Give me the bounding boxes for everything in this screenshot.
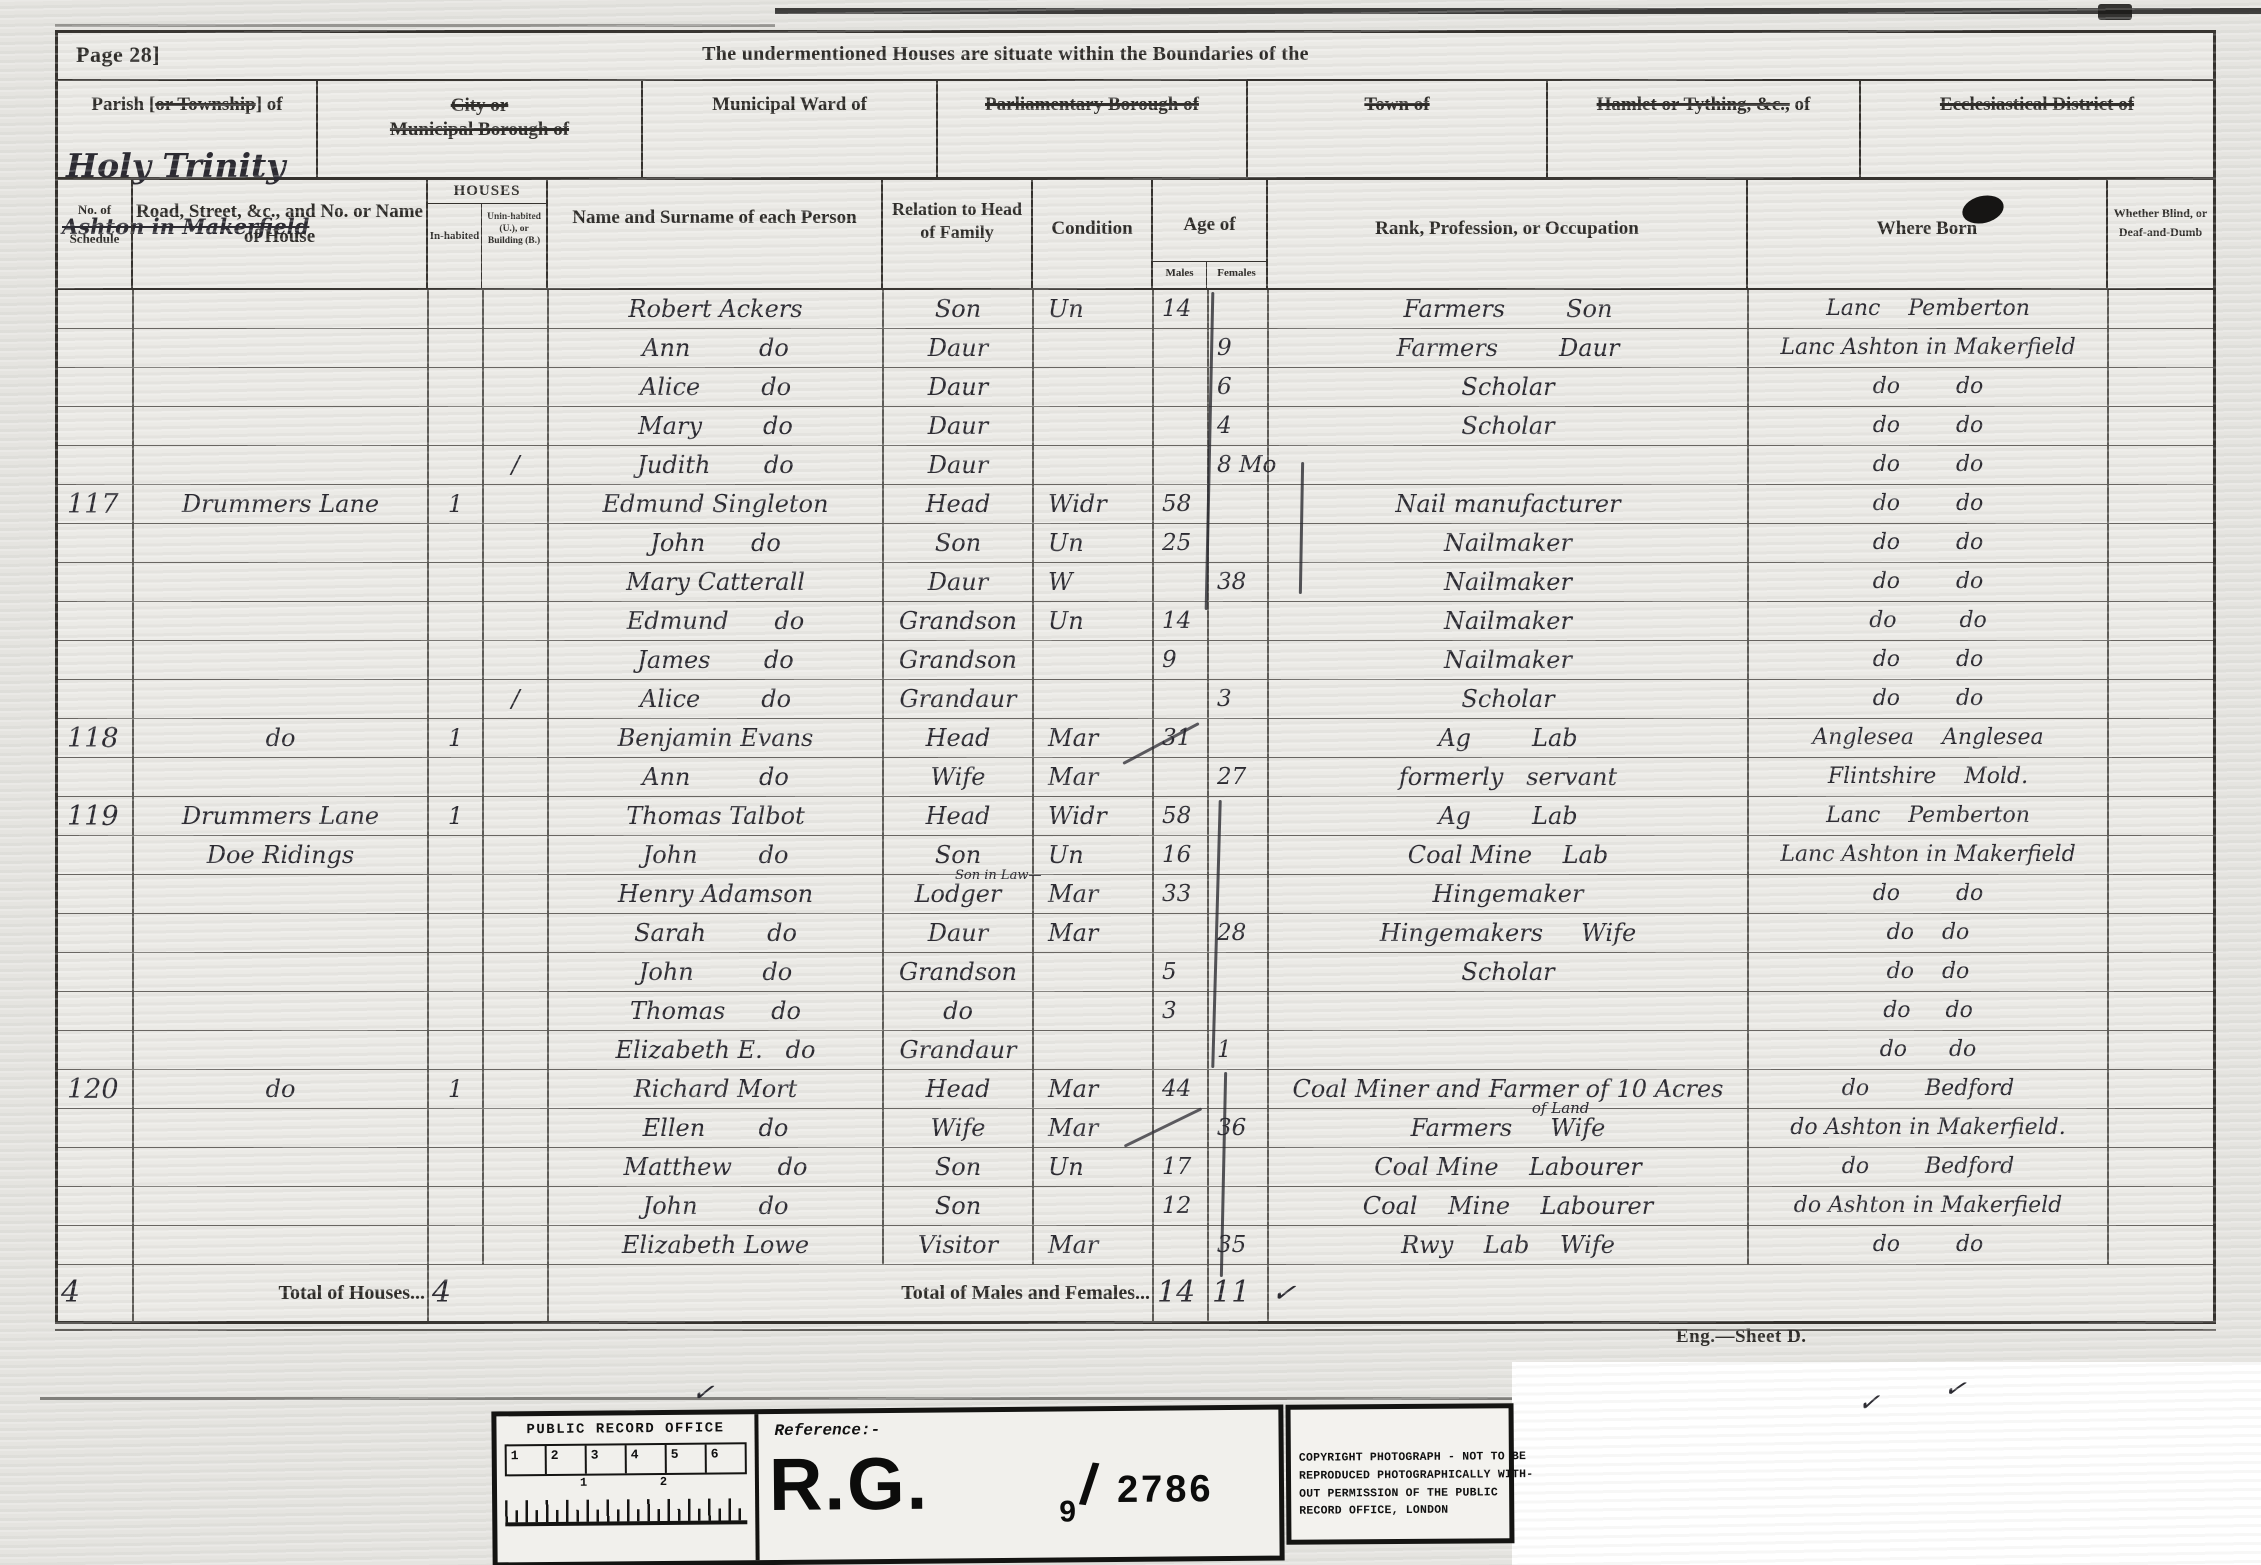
cell-inhabited <box>428 758 483 797</box>
boundary-header-row: Parish [or Township] of Holy Trinity Ash… <box>58 81 2213 180</box>
cell-blind-deaf <box>2108 992 2213 1031</box>
cell-uninhabited <box>483 875 548 914</box>
cell-uninhabited <box>483 1226 548 1265</box>
cell-age-male <box>1153 1031 1208 1070</box>
cell-schedule <box>58 1187 133 1226</box>
cell-age-male: 58 <box>1153 797 1208 836</box>
cell-road: Doe Ridings <box>133 836 428 875</box>
cell-inhabited <box>428 953 483 992</box>
cell-where-born: do do <box>1748 368 2108 407</box>
cell-occupation: Coal Mine Labourer <box>1268 1148 1748 1187</box>
cell-where-born: Anglesea Anglesea <box>1748 719 2108 758</box>
cell-age-female <box>1208 290 1268 329</box>
cell-road <box>133 329 428 368</box>
photo-crop-area <box>1660 1408 2261 1565</box>
cell-where-born: do do <box>1748 485 2108 524</box>
cell-name: John do <box>548 836 883 875</box>
cell-age-female <box>1208 524 1268 563</box>
table-row: 119Drummers Lane1Thomas TalbotHeadWidr58… <box>58 797 2213 836</box>
cell-blind-deaf <box>2108 407 2213 446</box>
cell-condition <box>1033 641 1153 680</box>
table-row: Robert AckersSonUn14Farmers SonLanc Pemb… <box>58 290 2213 329</box>
cell-inhabited <box>428 1148 483 1187</box>
cell-road: Drummers Lane <box>133 797 428 836</box>
cell-occupation: Nailmaker <box>1268 641 1748 680</box>
cell-relation: Daur <box>883 329 1033 368</box>
cell-where-born: Flintshire Mold. <box>1748 758 2108 797</box>
cell-uninhabited <box>483 836 548 875</box>
form-title: The undermentioned Houses are situate wi… <box>58 43 1953 66</box>
cell-relation: Son <box>883 290 1033 329</box>
cell-uninhabited <box>483 1109 548 1148</box>
col-header-uninhabited: Unin-habited (U.), or Building (B.) <box>482 204 546 288</box>
totals-houses-value: 4 <box>428 1265 548 1322</box>
cell-road <box>133 875 428 914</box>
table-row: Mary CatterallDaurW38Nailmakerdo do <box>58 563 2213 602</box>
cell-age-female: 36 <box>1208 1109 1268 1148</box>
cell-blind-deaf <box>2108 953 2213 992</box>
cell-age-male: 44 <box>1153 1070 1208 1109</box>
cell-schedule: 119 <box>58 797 133 836</box>
table-row: Ann doDaur9Farmers DaurLanc Ashton in Ma… <box>58 329 2213 368</box>
cell-relation: Wife <box>883 758 1033 797</box>
cell-uninhabited <box>483 1148 548 1187</box>
cell-occupation: Scholar <box>1268 953 1748 992</box>
cell-name: Richard Mort <box>548 1070 883 1109</box>
boundary-hamlet: Hamlet or Tything, &c., of <box>1548 81 1861 177</box>
cell-age-male: 17 <box>1153 1148 1208 1187</box>
cell-schedule <box>58 1109 133 1148</box>
cell-where-born: do do <box>1748 602 2108 641</box>
ruler-scale: 1 2 3 4 5 6 <box>505 1442 747 1476</box>
cell-relation: Grandson <box>883 641 1033 680</box>
cell-occupation <box>1268 446 1748 485</box>
cell-uninhabited <box>483 953 548 992</box>
cell-age-male <box>1153 329 1208 368</box>
cell-age-male: 16 <box>1153 836 1208 875</box>
scan-edge <box>775 8 2261 14</box>
cell-age-male: 9 <box>1153 641 1208 680</box>
cell-road <box>133 1148 428 1187</box>
totals-males-females-label: Total of Males and Females... <box>548 1265 1153 1322</box>
totals-females-value: 11 <box>1208 1265 1268 1322</box>
cell-name: Ann do <box>548 329 883 368</box>
cell-inhabited <box>428 1226 483 1265</box>
cell-occupation: Ag Lab <box>1268 719 1748 758</box>
cell-occupation: Nailmaker <box>1268 524 1748 563</box>
cell-road <box>133 368 428 407</box>
cell-road <box>133 641 428 680</box>
cell-road <box>133 953 428 992</box>
cell-blind-deaf <box>2108 758 2213 797</box>
cell-uninhabited <box>483 719 548 758</box>
cell-uninhabited <box>483 602 548 641</box>
cell-where-born: do do <box>1748 1031 2108 1070</box>
table-row: /Alice doGrandaur3Scholardo do <box>58 680 2213 719</box>
cell-road <box>133 446 428 485</box>
cell-road <box>133 290 428 329</box>
cell-road <box>133 407 428 446</box>
cell-condition <box>1033 992 1153 1031</box>
cell-schedule <box>58 563 133 602</box>
cell-road <box>133 1187 428 1226</box>
cell-name: Alice do <box>548 680 883 719</box>
table-row: Sarah doDaurMar28Hingemakers Wifedo do <box>58 914 2213 953</box>
cell-occupation: Farmers Wife <box>1268 1109 1748 1148</box>
cell-where-born: Lanc Ashton in Makerfield <box>1748 836 2108 875</box>
cell-occupation: Nailmaker <box>1268 602 1748 641</box>
cell-condition: Mar <box>1033 1226 1153 1265</box>
col-header-blind-deaf: Whether Blind, or Deaf-and-Dumb <box>2108 180 2213 288</box>
cell-uninhabited <box>483 914 548 953</box>
cell-name: Judith do <box>548 446 883 485</box>
cell-blind-deaf <box>2108 1226 2213 1265</box>
cell-relation: Daur <box>883 446 1033 485</box>
cell-condition <box>1033 953 1153 992</box>
cell-inhabited <box>428 1109 483 1148</box>
cell-schedule <box>58 758 133 797</box>
cell-blind-deaf <box>2108 563 2213 602</box>
cell-uninhabited <box>483 407 548 446</box>
totals-males-value: 14 <box>1153 1265 1208 1322</box>
cell-road: do <box>133 1070 428 1109</box>
cell-age-female: 38 <box>1208 563 1268 602</box>
cell-age-male <box>1153 563 1208 602</box>
cell-blind-deaf <box>2108 446 2213 485</box>
cell-name: Elizabeth Lowe <box>548 1226 883 1265</box>
cell-inhabited <box>428 875 483 914</box>
cell-schedule <box>58 914 133 953</box>
cell-relation: Daur <box>883 914 1033 953</box>
cell-where-born: do do <box>1748 1226 2108 1265</box>
cell-inhabited <box>428 524 483 563</box>
cell-where-born: do Bedford <box>1748 1148 2108 1187</box>
cell-road <box>133 524 428 563</box>
cell-occupation <box>1268 992 1748 1031</box>
table-row: Edmund doGrandsonUn14Nailmakerdo do <box>58 602 2213 641</box>
cell-where-born: Lanc Ashton in Makerfield <box>1748 329 2108 368</box>
cell-schedule <box>58 524 133 563</box>
cell-occupation: Scholar <box>1268 368 1748 407</box>
cell-where-born: do do <box>1748 563 2108 602</box>
cell-road <box>133 563 428 602</box>
cell-schedule <box>58 602 133 641</box>
cell-uninhabited <box>483 1187 548 1226</box>
cell-name: Benjamin Evans <box>548 719 883 758</box>
cell-condition <box>1033 329 1153 368</box>
cell-where-born: do do <box>1748 524 2108 563</box>
cell-occupation: Nail manufacturer <box>1268 485 1748 524</box>
cell-uninhabited <box>483 758 548 797</box>
cell-uninhabited <box>483 992 548 1031</box>
cell-occupation: Hingemaker <box>1268 875 1748 914</box>
cell-schedule <box>58 1226 133 1265</box>
cell-condition <box>1033 1031 1153 1070</box>
cell-name: Robert Ackers <box>548 290 883 329</box>
cell-condition: Mar <box>1033 758 1153 797</box>
cell-name: Alice do <box>548 368 883 407</box>
cell-age-female <box>1208 1070 1268 1109</box>
form-top-strip: Page 28] The undermentioned Houses are s… <box>58 33 2213 81</box>
cell-age-female: 1 <box>1208 1031 1268 1070</box>
cell-schedule <box>58 1031 133 1070</box>
cell-where-born: do Ashton in Makerfield. <box>1748 1109 2108 1148</box>
cell-relation: Daur <box>883 407 1033 446</box>
table-row: Mary doDaur4Scholardo do <box>58 407 2213 446</box>
cell-occupation: formerly servant <box>1268 758 1748 797</box>
totals-checkmark: ✓ <box>1268 1265 2213 1322</box>
cell-name: James do <box>548 641 883 680</box>
cell-name: John do <box>548 524 883 563</box>
cell-blind-deaf <box>2108 797 2213 836</box>
cell-inhabited <box>428 329 483 368</box>
pro-stamp-reference-section: Reference:- R.G. 9 / 2786 <box>758 1410 1279 1561</box>
cell-where-born: Lanc Pemberton <box>1748 797 2108 836</box>
cell-inhabited <box>428 563 483 602</box>
cell-inhabited <box>428 641 483 680</box>
cell-relation: Son <box>883 524 1033 563</box>
cell-relation: Daur <box>883 368 1033 407</box>
cell-age-male: 14 <box>1153 602 1208 641</box>
cell-schedule <box>58 680 133 719</box>
col-header-condition: Condition <box>1033 180 1153 288</box>
cell-condition: Widr <box>1033 485 1153 524</box>
cell-blind-deaf <box>2108 329 2213 368</box>
cell-age-male: 14 <box>1153 290 1208 329</box>
cell-blind-deaf <box>2108 914 2213 953</box>
cell-age-female <box>1208 641 1268 680</box>
cell-road <box>133 680 428 719</box>
col-header-road: Road, Street, &c., and No. or Name of Ho… <box>133 180 428 288</box>
cell-condition <box>1033 368 1153 407</box>
cell-occupation: Nailmaker <box>1268 563 1748 602</box>
cell-name: Ellen do <box>548 1109 883 1148</box>
cell-schedule: 117 <box>58 485 133 524</box>
col-header-females: Females <box>1207 262 1266 288</box>
cell-where-born: do Ashton in Makerfield <box>1748 1187 2108 1226</box>
table-row: Elizabeth E. doGrandaur1do do <box>58 1031 2213 1070</box>
cell-condition: W <box>1033 563 1153 602</box>
col-header-relation: Relation to Head of Family <box>883 180 1033 288</box>
cell-age-female: 8 Mo <box>1208 446 1268 485</box>
cell-relation: Head <box>883 719 1033 758</box>
check-mark: ✓ <box>690 1377 715 1409</box>
cell-age-male <box>1153 407 1208 446</box>
cell-inhabited: 1 <box>428 485 483 524</box>
table-row: Matthew doSonUn17Coal Mine Labourerdo Be… <box>58 1148 2213 1187</box>
cell-inhabited <box>428 1187 483 1226</box>
rg-series-mark: R.G. <box>769 1441 930 1527</box>
boundary-municipal-ward: Municipal Ward of <box>643 81 938 177</box>
cell-blind-deaf <box>2108 485 2213 524</box>
cell-occupation: Scholar <box>1268 407 1748 446</box>
cell-occupation: Farmers Son <box>1268 290 1748 329</box>
reference-number: 2786 <box>1117 1468 1214 1512</box>
cell-uninhabited <box>483 368 548 407</box>
cell-age-female <box>1208 485 1268 524</box>
cell-blind-deaf <box>2108 875 2213 914</box>
cell-age-male <box>1153 680 1208 719</box>
cell-road: do <box>133 719 428 758</box>
cell-road <box>133 1109 428 1148</box>
cell-condition: Mar <box>1033 914 1153 953</box>
cell-name: John do <box>548 1187 883 1226</box>
table-row: 117Drummers Lane1Edmund SingletonHeadWid… <box>58 485 2213 524</box>
cell-road <box>133 992 428 1031</box>
cell-occupation: Hingemakers Wife <box>1268 914 1748 953</box>
cell-blind-deaf <box>2108 680 2213 719</box>
reference-slash: / <box>1077 1450 1102 1519</box>
cell-blind-deaf <box>2108 1031 2213 1070</box>
cell-road <box>133 1031 428 1070</box>
cell-relation: Grandaur <box>883 1031 1033 1070</box>
ruler-ticks: 1 2 <box>505 1476 747 1526</box>
cell-where-born: Lanc Pemberton <box>1748 290 2108 329</box>
cell-age-female: 9 <box>1208 329 1268 368</box>
cell-condition: Un <box>1033 1148 1153 1187</box>
cell-relation: Son <box>883 1148 1033 1187</box>
col-header-where-born: Where Born <box>1748 180 2108 288</box>
boundary-town: Town of <box>1248 81 1548 177</box>
cell-relation: Daur <box>883 563 1033 602</box>
cell-name: Thomas do <box>548 992 883 1031</box>
cell-age-male <box>1153 758 1208 797</box>
cell-inhabited <box>428 914 483 953</box>
cell-blind-deaf <box>2108 602 2213 641</box>
cell-relation: do <box>883 992 1033 1031</box>
cell-uninhabited <box>483 524 548 563</box>
table-row: Doe RidingsJohn doSonUn16Coal Mine LabLa… <box>58 836 2213 875</box>
cell-age-male <box>1153 1226 1208 1265</box>
cell-condition: Mar <box>1033 1070 1153 1109</box>
table-row: Ann doWifeMar27formerly servantFlintshir… <box>58 758 2213 797</box>
cell-condition <box>1033 1187 1153 1226</box>
pro-stamp-ruler-section: PUBLIC RECORD OFFICE 1 2 3 4 5 6 1 2 <box>496 1414 759 1562</box>
cell-condition: Mar <box>1033 719 1153 758</box>
cell-inhabited <box>428 407 483 446</box>
cell-road <box>133 602 428 641</box>
col-header-males: Males <box>1153 262 1207 288</box>
cell-schedule <box>58 875 133 914</box>
cell-inhabited <box>428 836 483 875</box>
cell-name: Elizabeth E. do <box>548 1031 883 1070</box>
cell-age-female: 35 <box>1208 1226 1268 1265</box>
reference-label: Reference:- <box>774 1418 1278 1440</box>
cell-relation: Grandson <box>883 953 1033 992</box>
cell-occupation: Coal Mine Lab <box>1268 836 1748 875</box>
cell-uninhabited <box>483 563 548 602</box>
table-row: John doSonUn25Nailmakerdo do <box>58 524 2213 563</box>
cell-condition <box>1033 680 1153 719</box>
cell-age-female <box>1208 1148 1268 1187</box>
cell-occupation: Coal Mine Labourer <box>1268 1187 1748 1226</box>
relation-correction-note: Son in Law— <box>955 868 1041 883</box>
cell-occupation: Farmers Daur <box>1268 329 1748 368</box>
cell-uninhabited <box>483 485 548 524</box>
cell-inhabited <box>428 1031 483 1070</box>
cell-age-female: 4 <box>1208 407 1268 446</box>
cell-age-female: 27 <box>1208 758 1268 797</box>
cell-road: Drummers Lane <box>133 485 428 524</box>
cell-relation: Grandson <box>883 602 1033 641</box>
boundary-ecclesiastical-district: Ecclesiastical District of <box>1861 81 2213 177</box>
totals-schedule-count: 4 <box>58 1265 133 1322</box>
cell-schedule <box>58 641 133 680</box>
cell-condition: Un <box>1033 602 1153 641</box>
cell-age-male: 58 <box>1153 485 1208 524</box>
cell-inhabited <box>428 602 483 641</box>
col-header-name: Name and Surname of each Person <box>548 180 883 288</box>
scan-corner-mark <box>2098 4 2132 20</box>
col-header-houses: HOUSES In-habited Unin-habited (U.), or … <box>428 180 548 288</box>
cell-name: Sarah do <box>548 914 883 953</box>
cell-schedule <box>58 953 133 992</box>
cell-blind-deaf <box>2108 368 2213 407</box>
column-header-row: No. of Schedule Road, Street, &c., and N… <box>58 180 2213 290</box>
cell-name: Thomas Talbot <box>548 797 883 836</box>
cell-blind-deaf <box>2108 1070 2213 1109</box>
cell-condition: Un <box>1033 836 1153 875</box>
cell-name: Mary Catterall <box>548 563 883 602</box>
census-form: Page 28] The undermentioned Houses are s… <box>55 30 2216 1324</box>
cell-condition <box>1033 407 1153 446</box>
cell-schedule <box>58 992 133 1031</box>
table-row: Thomas dodo3do do <box>58 992 2213 1031</box>
cell-where-born: do do <box>1748 446 2108 485</box>
pro-stamp: PUBLIC RECORD OFFICE 1 2 3 4 5 6 1 2 Ref… <box>491 1405 1284 1565</box>
cell-age-female <box>1208 992 1268 1031</box>
boundary-parish: Parish [or Township] of Holy Trinity Ash… <box>58 81 318 177</box>
cell-age-female: 3 <box>1208 680 1268 719</box>
cell-schedule <box>58 836 133 875</box>
cell-blind-deaf <box>2108 836 2213 875</box>
cell-inhabited <box>428 680 483 719</box>
cell-where-born: do do <box>1748 914 2108 953</box>
cell-where-born: do do <box>1748 875 2108 914</box>
occupation-note: of Land <box>1532 1099 1590 1117</box>
cell-where-born: do do <box>1748 992 2108 1031</box>
cell-name: John do <box>548 953 883 992</box>
cell-age-male: 25 <box>1153 524 1208 563</box>
cell-age-male <box>1153 446 1208 485</box>
cell-age-male: 33 <box>1153 875 1208 914</box>
pro-office-title: PUBLIC RECORD OFFICE <box>504 1420 746 1438</box>
cell-blind-deaf <box>2108 641 2213 680</box>
reference-series: 9 <box>1059 1495 1076 1529</box>
boundary-parliamentary-borough: Parliamentary Borough of <box>938 81 1248 177</box>
cell-relation: Grandaur <box>883 680 1033 719</box>
cell-where-born: do do <box>1748 407 2108 446</box>
cell-inhabited <box>428 290 483 329</box>
cell-inhabited: 1 <box>428 1070 483 1109</box>
cell-where-born: do do <box>1748 680 2108 719</box>
cell-uninhabited <box>483 290 548 329</box>
table-row: James doGrandson9Nailmakerdo do <box>58 641 2213 680</box>
table-row: Elizabeth LoweVisitorMar35Rwy Lab Wifedo… <box>58 1226 2213 1265</box>
cell-schedule <box>58 329 133 368</box>
cell-road <box>133 758 428 797</box>
cell-name: Edmund Singleton <box>548 485 883 524</box>
cell-condition: Un <box>1033 524 1153 563</box>
cell-relation: Head <box>883 1070 1033 1109</box>
cell-occupation <box>1268 1031 1748 1070</box>
check-mark: ✓ <box>1857 1387 1881 1418</box>
cell-where-born: do do <box>1748 953 2108 992</box>
cell-schedule: 118 <box>58 719 133 758</box>
table-row: John doGrandson5Scholardo do <box>58 953 2213 992</box>
cell-occupation: Scholar <box>1268 680 1748 719</box>
cell-blind-deaf <box>2108 1148 2213 1187</box>
